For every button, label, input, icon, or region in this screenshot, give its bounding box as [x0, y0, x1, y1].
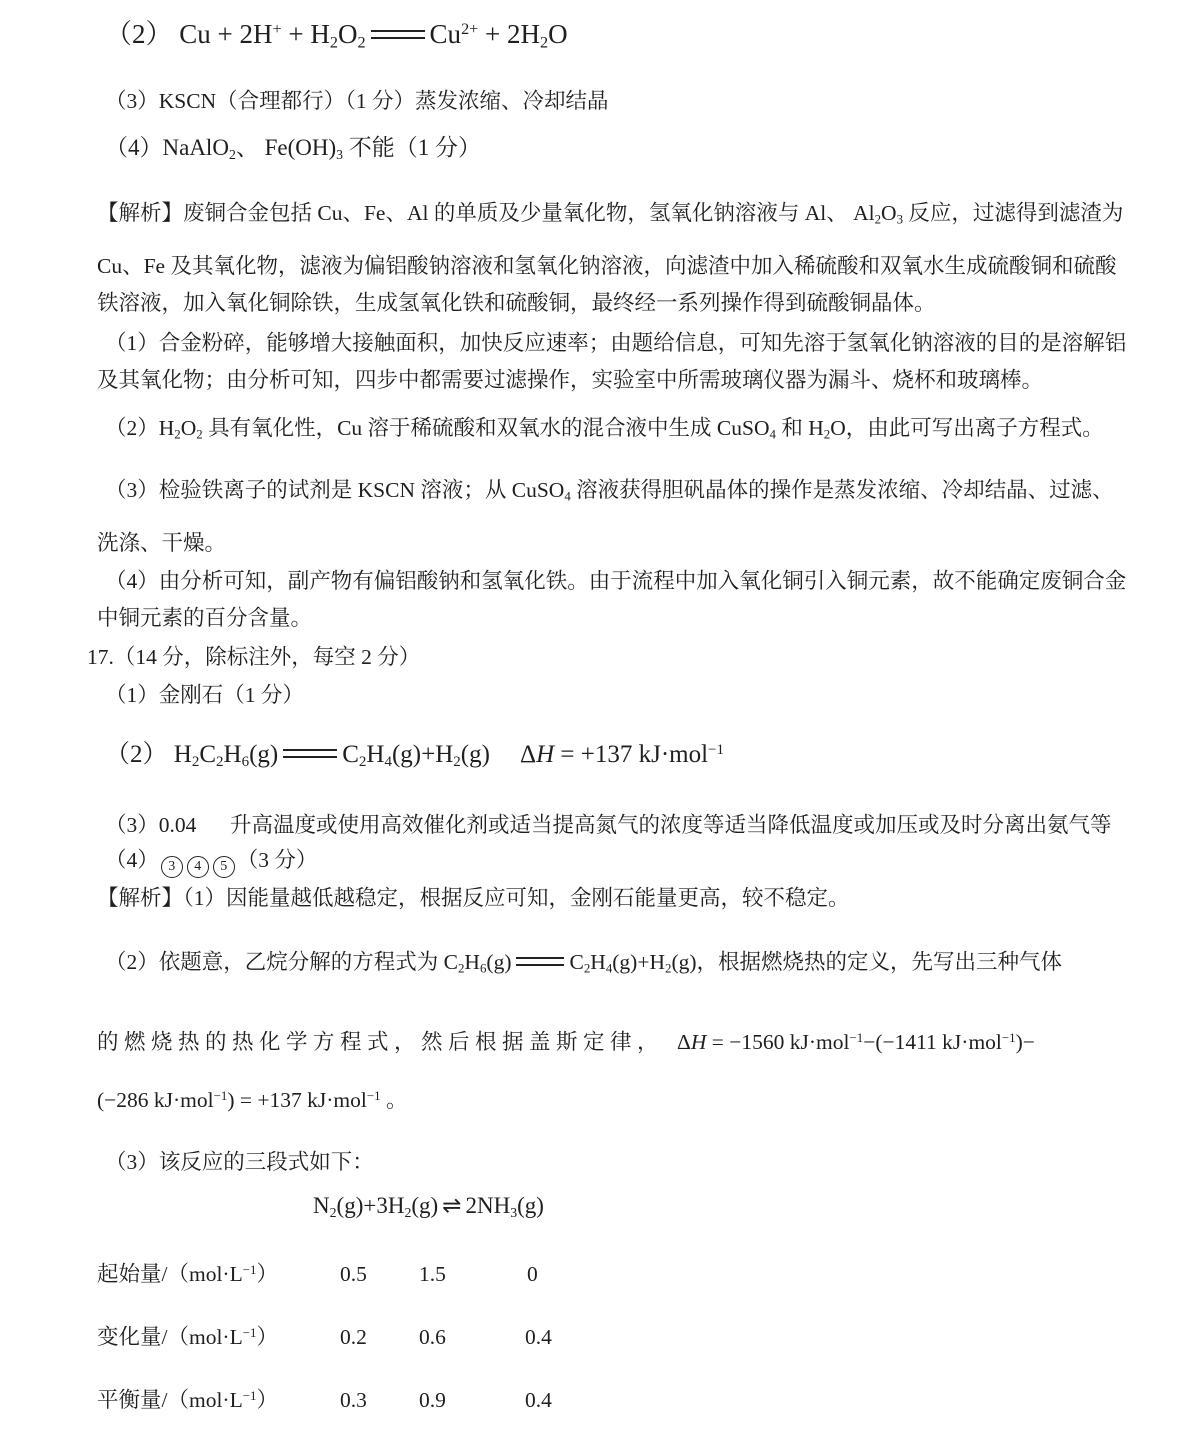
answer-17-3: （3）0.04升高温度或使用高效催化剂或适当提高氮气的浓度等适当降低温度或加压或…: [105, 811, 196, 840]
table-row-initial: 起始量/（mol·L−1）0.51.50: [97, 1260, 278, 1289]
analysis-17-2-line-1: （2）依题意，乙烷分解的方程式为 C2H6(g)C2H4(g)+H2(g)，根据…: [105, 948, 1062, 978]
text-segment: （3）0.04: [105, 813, 196, 837]
question-17-header: 17.（14 分，除标注外，每空 2 分）: [87, 643, 420, 672]
analysis-16-4-line-2: 中铜元素的百分含量。: [97, 604, 312, 633]
text-segment: O: [338, 19, 358, 49]
text-segment: 中铜元素的百分含量。: [97, 606, 312, 630]
answer-16-2-ionic-equation: （2） Cu + 2H+ + H2O2Cu2+ + 2H2O: [105, 16, 568, 54]
text-segment: 、 Fe(OH): [236, 135, 336, 160]
analysis-16-3-line-2: 洗涤、干燥。: [97, 529, 226, 558]
circled-number: 5: [213, 856, 235, 878]
text-segment: (g)+3H: [337, 1193, 405, 1218]
text-segment: 具有氧化性，Cu 溶于稀硫酸和双氧水的混合液中生成 CuSO: [203, 416, 770, 440]
text-segment: Cu: [430, 19, 462, 49]
text-segment: O: [181, 416, 197, 440]
text-segment: = −1560 kJ·mol: [706, 1030, 849, 1054]
text-segment: −1: [708, 742, 724, 758]
text-segment: （1）合金粉碎，能够增大接触面积，加快反应速率；由题给信息，可知先溶于氢氧化钠溶…: [105, 331, 1126, 355]
text-segment: （3）检验铁离子的试剂是 KSCN 溶液；从 CuSO: [105, 478, 564, 502]
circled-number: 3: [161, 856, 183, 878]
document-page: （2） Cu + 2H+ + H2O2Cu2+ + 2H2O（3）KSCN（合理…: [0, 0, 1200, 1445]
answer-17-2-thermochemical-equation: （2） H2C2H6(g)C2H4(g)+H2(g)ΔH = +137 kJ·m…: [105, 738, 490, 772]
analysis-16-line-3: 铁溶液，加入氧化铜除铁，生成氢氧化铁和硫酸铜，最终经一系列操作得到硫酸铜晶体。: [97, 289, 936, 318]
text-segment: （4）由分析可知，副产物有偏铝酸钠和氢氧化铁。由于流程中加入氧化铜引入铜元素，故…: [105, 569, 1126, 593]
text-segment: −1: [1002, 1031, 1016, 1045]
inline-group: 1.5: [419, 1260, 446, 1289]
text-segment: （3）该反应的三段式如下：: [105, 1150, 374, 1174]
circled-number: 4: [187, 856, 209, 878]
analysis-16-1-line-1: （1）合金粉碎，能够增大接触面积，加快反应速率；由题给信息，可知先溶于氢氧化钠溶…: [105, 329, 1126, 358]
text-segment: 1.5: [419, 1262, 446, 1286]
answer-16-3: （3）KSCN（合理都行）（1 分）蒸发浓缩、冷却结晶: [105, 87, 608, 116]
text-segment: C: [199, 741, 216, 768]
text-segment: −1: [849, 1031, 863, 1045]
text-segment: C: [342, 741, 359, 768]
text-segment: 2: [229, 147, 236, 162]
inline-group: 0.5: [340, 1260, 367, 1289]
double-bond-icon: [283, 749, 337, 758]
answer-17-4: （4）345（3 分）: [105, 846, 317, 878]
text-segment: （1）金刚石（1 分）: [105, 683, 304, 707]
text-segment: +: [272, 20, 281, 38]
text-segment: （4）: [105, 848, 159, 872]
text-segment: 【解析】（1）因能量越低越稳定，根据反应可知，金刚石能量更高，较不稳定。: [97, 886, 850, 910]
text-segment: 0.6: [419, 1325, 446, 1349]
text-segment: Cu + 2H: [173, 19, 273, 49]
text-segment: 2: [357, 34, 365, 52]
text-segment: 及其氧化物；由分析可知，四步中都需要过滤操作，实验室中所需玻璃仪器为漏斗、烧杯和…: [97, 368, 1043, 392]
text-segment: (g)，根据燃烧热的定义，先写出三种气体: [671, 950, 1062, 974]
text-segment: −1: [214, 1089, 228, 1103]
analysis-17-3-intro: （3）该反应的三段式如下：: [105, 1148, 374, 1177]
text-segment: H: [464, 950, 480, 974]
text-segment: 和 H: [776, 416, 824, 440]
text-segment: 3: [336, 147, 343, 162]
text-segment: 的燃烧热的热化学方程式，然后根据盖斯定律，: [97, 1030, 664, 1054]
text-segment: 【解析】废铜合金包括 Cu、Fe、Al 的单质及少量氧化物，氢氧化钠溶液与 Al…: [97, 201, 875, 225]
text-segment: O，由此可写出离子方程式。: [830, 416, 1104, 440]
text-segment: 升高温度或使用高效催化剂或适当提高氮气的浓度等适当降低温度或加压或及时分离出氨气…: [230, 813, 1112, 837]
text-segment: （2）H: [105, 416, 174, 440]
text-segment: H: [590, 950, 606, 974]
text-segment: （2）: [105, 741, 168, 768]
text-segment: H: [366, 741, 384, 768]
text-segment: （3 分）: [237, 848, 318, 872]
text-segment: 2NH: [465, 1193, 510, 1218]
analysis-16-line-1: 【解析】废铜合金包括 Cu、Fe、Al 的单质及少量氧化物，氢氧化钠溶液与 Al…: [97, 199, 1123, 229]
text-segment: (g): [411, 1193, 438, 1218]
text-segment: 0: [527, 1262, 538, 1286]
text-segment: (g)+H: [612, 950, 665, 974]
inline-group: 0.3: [340, 1386, 367, 1415]
text-segment: 17.（14 分，除标注外，每空 2 分）: [87, 645, 420, 669]
text-segment: 0.2: [340, 1325, 367, 1349]
text-segment: 0.9: [419, 1388, 446, 1412]
text-segment: （4）NaAlO: [105, 135, 229, 160]
text-segment: 2: [330, 1205, 337, 1220]
text-segment: 4: [384, 754, 392, 770]
text-segment: Δ: [520, 741, 536, 768]
text-segment: 起始量/（mol·L: [97, 1262, 243, 1286]
text-segment: H: [691, 1030, 707, 1054]
text-segment: H: [224, 741, 242, 768]
text-segment: 。: [381, 1088, 408, 1112]
text-segment: 0.5: [340, 1262, 367, 1286]
text-segment: N: [313, 1193, 330, 1218]
text-segment: 0.3: [340, 1388, 367, 1412]
text-segment: H: [168, 741, 192, 768]
text-segment: Δ: [677, 1030, 691, 1054]
text-segment: (g): [249, 741, 278, 768]
text-segment: (g): [517, 1193, 544, 1218]
text-segment: ）: [256, 1388, 278, 1412]
analysis-17-2-line-3: (−286 kJ·mol−1) = +137 kJ·mol−1 。: [97, 1086, 407, 1115]
text-segment: + H: [282, 19, 330, 49]
text-segment: H: [536, 741, 554, 768]
inline-group: 0.9: [419, 1386, 446, 1415]
inline-group: ΔH = +137 kJ·mol−1: [520, 738, 724, 772]
analysis-17-2-line-2: 的燃烧热的热化学方程式，然后根据盖斯定律，ΔH = −1560 kJ·mol−1…: [97, 1028, 664, 1057]
text-segment: = +137 kJ·mol: [554, 741, 708, 768]
analysis-16-1-line-2: 及其氧化物；由分析可知，四步中都需要过滤操作，实验室中所需玻璃仪器为漏斗、烧杯和…: [97, 366, 1043, 395]
text-segment: 反应，过滤得到滤渣为: [903, 201, 1123, 225]
text-segment: 铁溶液，加入氧化铜除铁，生成氢氧化铁和硫酸铜，最终经一系列操作得到硫酸铜晶体。: [97, 291, 936, 315]
answer-17-1: （1）金刚石（1 分）: [105, 681, 304, 710]
text-segment: −1: [243, 1389, 257, 1403]
analysis-17-1: 【解析】（1）因能量越低越稳定，根据反应可知，金刚石能量更高，较不稳定。: [97, 884, 850, 913]
inline-group: 0.4: [525, 1386, 552, 1415]
text-segment: (−286 kJ·mol: [97, 1088, 214, 1112]
inline-group: 0.4: [525, 1323, 552, 1352]
analysis-16-2: （2）H2O2 具有氧化性，Cu 溶于稀硫酸和双氧水的混合液中生成 CuSO4 …: [105, 414, 1104, 444]
equilibrium-equation: N2(g)+3H2(g)⇌2NH3(g): [313, 1190, 544, 1222]
text-segment: （3）KSCN（合理都行）（1 分）蒸发浓缩、冷却结晶: [105, 89, 608, 113]
text-segment: (g)+H: [392, 741, 453, 768]
text-segment: （2）依题意，乙烷分解的方程式为 C: [105, 950, 458, 974]
text-segment: Cu、Fe 及其氧化物，滤液为偏铝酸钠溶液和氢氧化钠溶液，向滤渣中加入稀硫酸和双…: [97, 254, 1116, 278]
text-segment: 2+: [461, 20, 478, 38]
double-bond-icon: [371, 30, 425, 39]
analysis-16-4-line-1: （4）由分析可知，副产物有偏铝酸钠和氢氧化铁。由于流程中加入氧化铜引入铜元素，故…: [105, 567, 1126, 596]
inline-group: 0: [527, 1260, 538, 1289]
text-segment: −1: [243, 1326, 257, 1340]
inline-group: ΔH = −1560 kJ·mol−1−(−1411 kJ·mol−1)−: [677, 1028, 1035, 1057]
text-segment: ）: [256, 1262, 278, 1286]
double-bond-icon: [516, 957, 564, 966]
text-segment: −1: [243, 1263, 257, 1277]
text-segment: )−: [1016, 1030, 1035, 1054]
text-segment: 0.4: [525, 1388, 552, 1412]
text-segment: 平衡量/（mol·L: [97, 1388, 243, 1412]
analysis-16-line-2: Cu、Fe 及其氧化物，滤液为偏铝酸钠溶液和氢氧化钠溶液，向滤渣中加入稀硫酸和双…: [97, 252, 1116, 281]
answer-16-4: （4）NaAlO2、 Fe(OH)3 不能（1 分）: [105, 132, 481, 164]
text-segment: （2）: [105, 19, 173, 49]
table-row-change: 变化量/（mol·L−1）0.20.60.4: [97, 1323, 278, 1352]
text-segment: −1: [367, 1089, 381, 1103]
text-segment: (g): [461, 741, 490, 768]
text-segment: 溶液获得胆矾晶体的操作是蒸发浓缩、冷却结晶、过滤、: [571, 478, 1114, 502]
text-segment: −(−1411 kJ·mol: [863, 1030, 1002, 1054]
text-segment: ) = +137 kJ·mol: [227, 1088, 367, 1112]
text-segment: 2: [216, 754, 224, 770]
text-segment: 洗涤、干燥。: [97, 531, 226, 555]
inline-group: 0.6: [419, 1323, 446, 1352]
text-segment: ）: [256, 1325, 278, 1349]
text-segment: 2: [330, 34, 338, 52]
text-segment: 2: [540, 34, 548, 52]
text-segment: + 2H: [478, 19, 540, 49]
text-segment: 0.4: [525, 1325, 552, 1349]
text-segment: 变化量/（mol·L: [97, 1325, 243, 1349]
text-segment: O: [548, 19, 568, 49]
text-segment: 不能（1 分）: [343, 135, 481, 160]
table-row-equilibrium: 平衡量/（mol·L−1）0.30.90.4: [97, 1386, 278, 1415]
text-segment: C: [569, 950, 583, 974]
text-segment: 6: [242, 754, 250, 770]
text-segment: O: [881, 201, 897, 225]
analysis-16-3-line-1: （3）检验铁离子的试剂是 KSCN 溶液；从 CuSO4 溶液获得胆矾晶体的操作…: [105, 476, 1114, 506]
text-segment: 2: [453, 754, 461, 770]
inline-group: 升高温度或使用高效催化剂或适当提高氮气的浓度等适当降低温度或加压或及时分离出氨气…: [230, 811, 1112, 840]
equilibrium-arrow-icon: ⇌: [442, 1193, 461, 1219]
text-segment: (g): [486, 950, 511, 974]
inline-group: 0.2: [340, 1323, 367, 1352]
